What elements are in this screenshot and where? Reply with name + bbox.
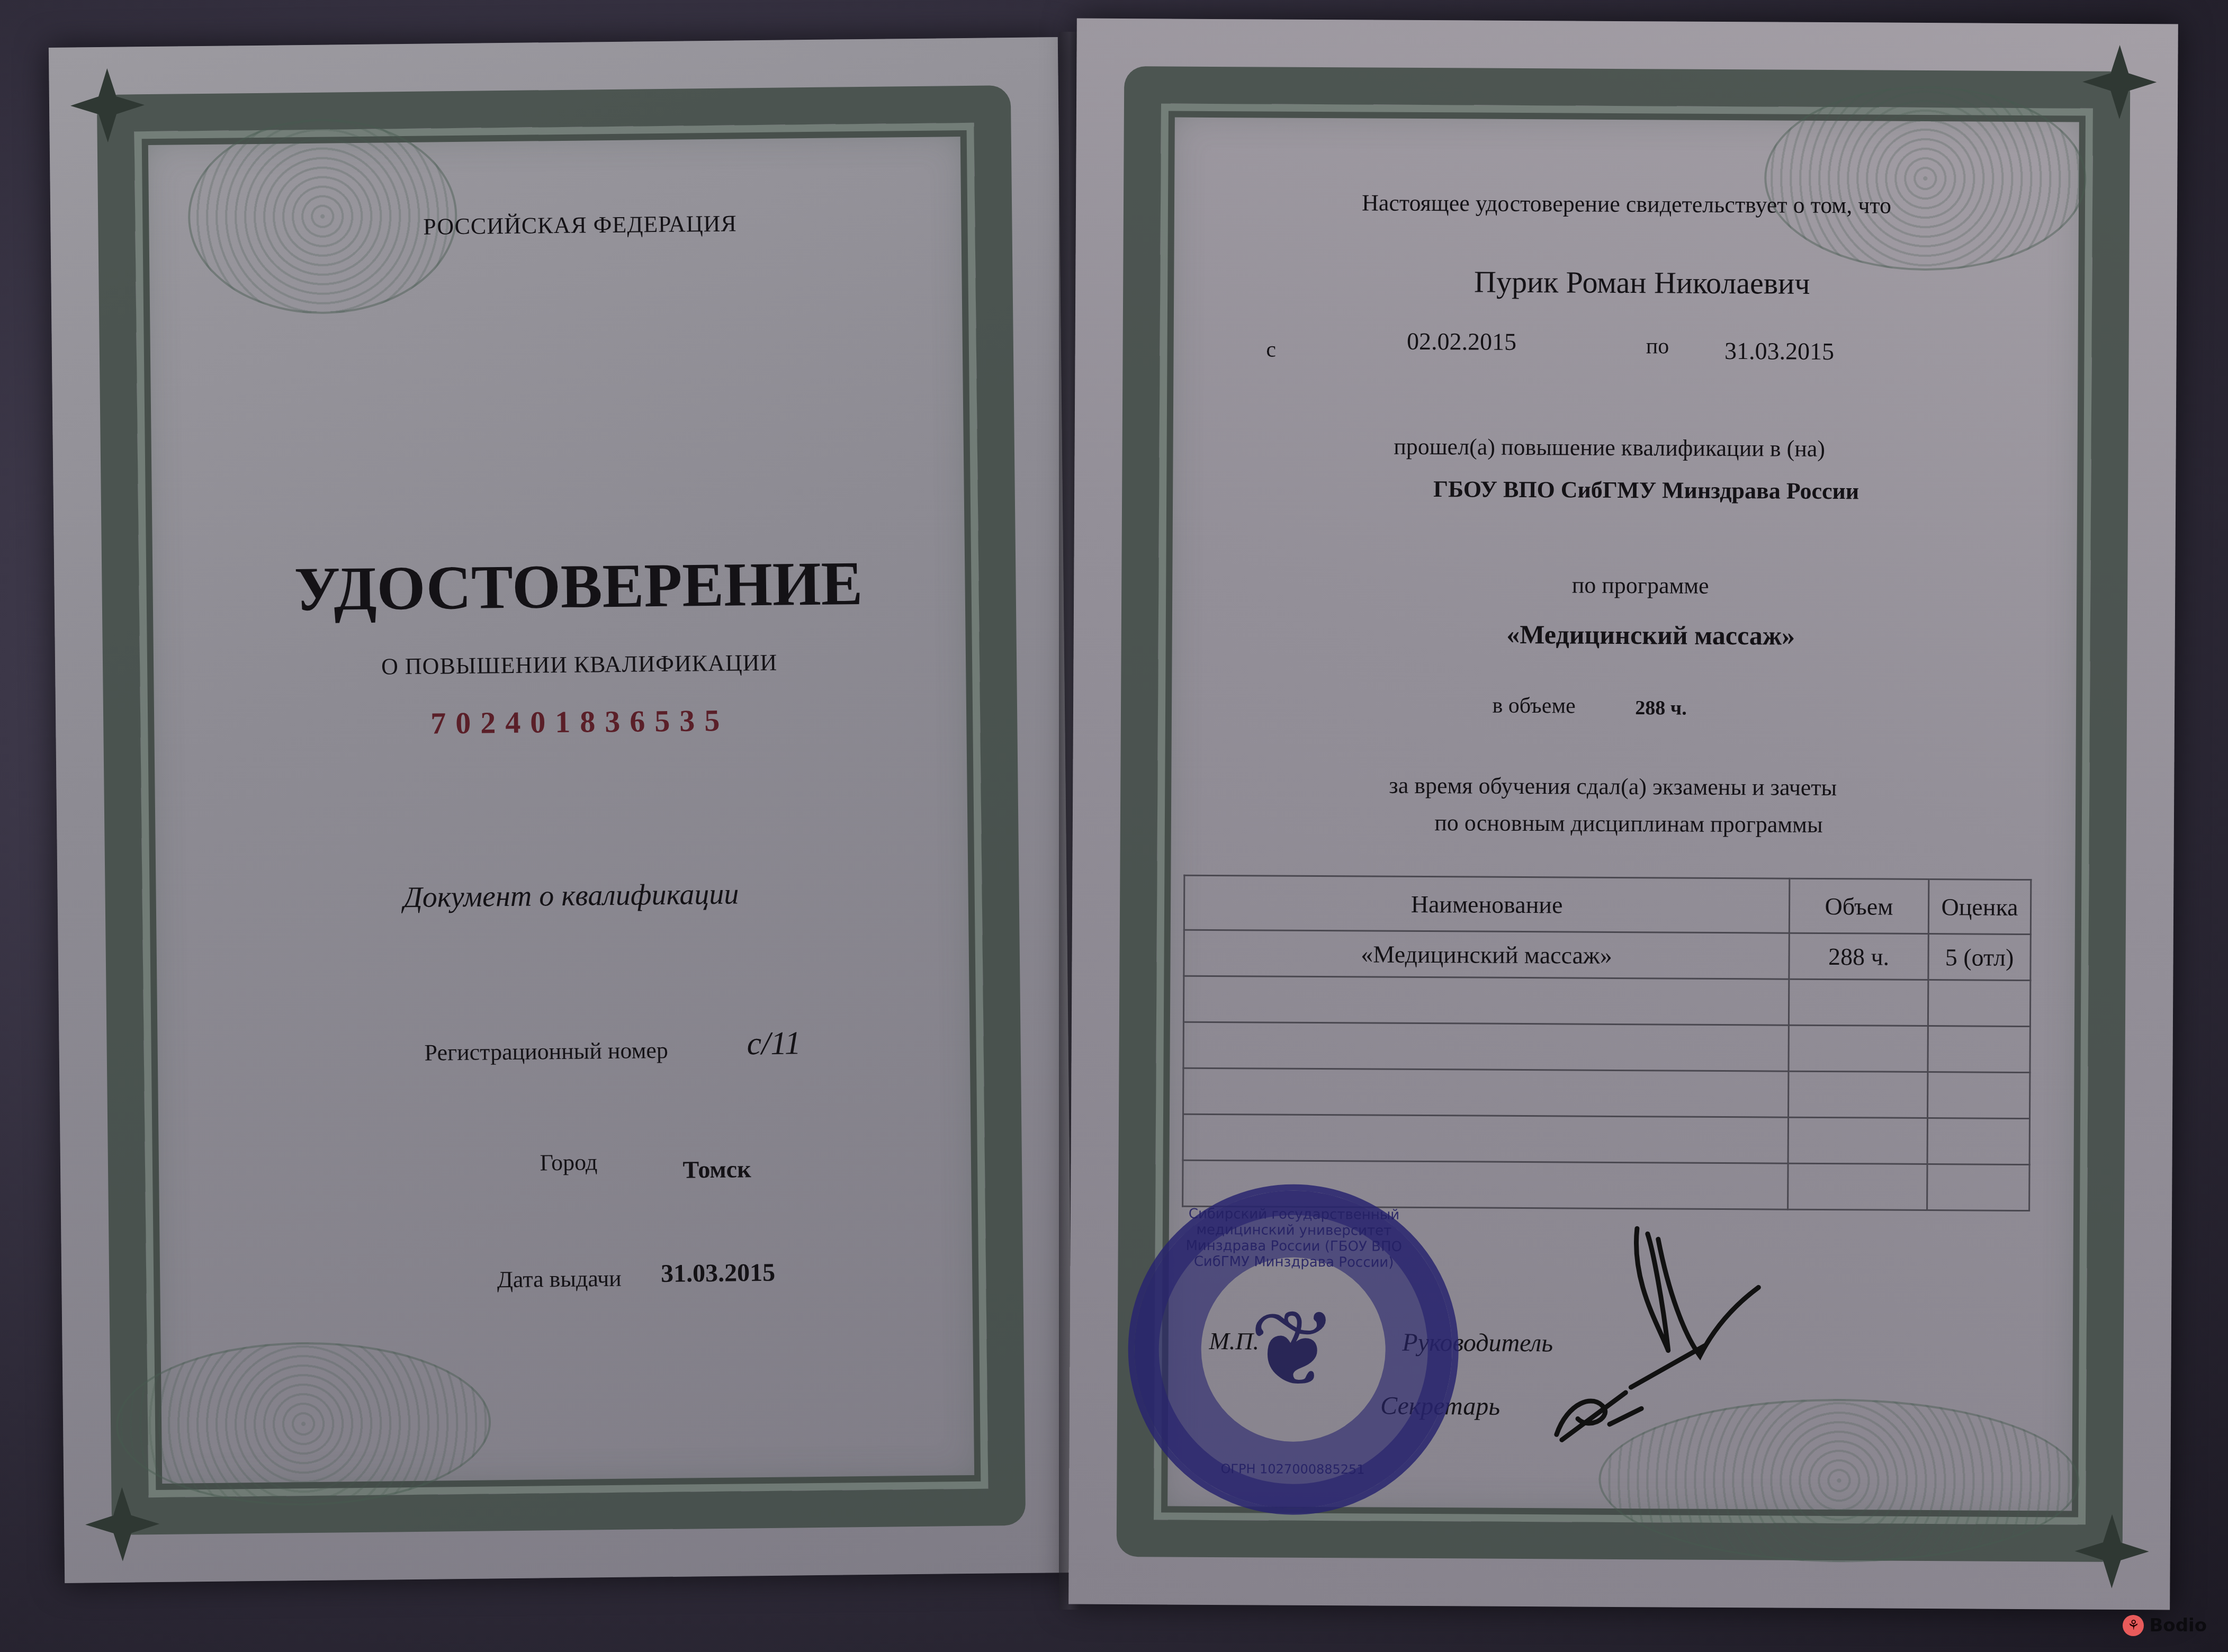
stamp-ogrn: ОГРН 1027000885251 (1220, 1461, 1364, 1477)
ornamental-border (97, 85, 1026, 1535)
program-name: «Медицинский массаж» (1506, 619, 1795, 651)
discipline-volume (1789, 1071, 1928, 1118)
discipline-volume (1788, 1163, 1927, 1210)
official-stamp: Сибирский государственный медицинский ун… (1127, 1183, 1459, 1515)
right-page: Настоящее удостоверение свидетельствует … (1068, 19, 2178, 1610)
program-label: по программе (1572, 571, 1709, 599)
city-value: Томск (682, 1155, 751, 1183)
holder-name: Пурик Роман Николаевич (1474, 264, 1810, 301)
volume-label: в объеме (1492, 693, 1575, 719)
column-header-grade: Оценка (1928, 879, 2031, 935)
discipline-name (1183, 976, 1789, 1025)
table-row (1183, 1022, 2030, 1072)
watermark-text: Bodio (2149, 1615, 2207, 1636)
discipline-volume: 288 ч. (1789, 933, 1928, 980)
serial-number: 702401836535 (430, 703, 730, 741)
volume-value: 288 ч. (1635, 696, 1687, 720)
discipline-name (1183, 1022, 1789, 1071)
grades-table: Наименование Объем Оценка «Медицинский м… (1182, 875, 2032, 1211)
certificate-intro: Настоящее удостоверение свидетельствует … (1362, 189, 1891, 219)
discipline-grade (1928, 1072, 2030, 1119)
passed-text: прошел(а) повышение квалификации в (на) (1394, 433, 1825, 462)
discipline-volume (1789, 979, 1928, 1026)
document-type: Документ о квалификации (403, 877, 739, 914)
exams-text-line2: по основным дисциплинам программы (1434, 809, 1823, 838)
document-title: УДОСТОВЕРЕНИЕ (294, 547, 863, 625)
to-date: 31.03.2015 (1724, 337, 1834, 365)
city-label: Город (540, 1148, 597, 1176)
stamp-ring-text: Сибирский государственный медицинский ун… (1166, 1206, 1421, 1271)
discipline-grade (1927, 1118, 2029, 1165)
column-header-name: Наименование (1184, 875, 1790, 933)
table-row (1183, 1114, 2029, 1164)
bodio-logo-icon: ⚘ (2123, 1615, 2144, 1636)
discipline-name (1183, 1068, 1789, 1117)
table-row (1183, 976, 2030, 1026)
column-header-volume: Объем (1789, 878, 1929, 933)
from-date: 02.02.2015 (1407, 327, 1516, 356)
discipline-volume (1789, 1025, 1928, 1072)
to-label: по (1646, 334, 1669, 359)
guilloche-pattern (1764, 85, 2087, 271)
double-headed-eagle-icon: ❦ (1248, 1288, 1338, 1412)
exams-text-line1: за время обучения сдал(а) экзамены и зач… (1389, 772, 1837, 801)
registration-label: Регистрационный номер (424, 1037, 668, 1066)
discipline-grade (1928, 980, 2030, 1027)
watermark: ⚘ Bodio (2123, 1615, 2207, 1636)
institution-name: ГБОУ ВПО СибГМУ Минздрава России (1433, 475, 1859, 505)
document-subtitle: О ПОВЫШЕНИИ КВАЛИФИКАЦИИ (381, 649, 777, 680)
country-name: РОССИЙСКАЯ ФЕДЕРАЦИЯ (423, 210, 737, 240)
issue-date-value: 31.03.2015 (661, 1258, 776, 1288)
discipline-grade (1928, 1026, 2030, 1073)
table-row: «Медицинский массаж» 288 ч. 5 (отл) (1184, 930, 2031, 980)
issue-date-label: Дата выдачи (497, 1265, 622, 1293)
table-header-row: Наименование Объем Оценка (1184, 875, 2031, 934)
discipline-grade: 5 (отл) (1928, 934, 2031, 981)
registration-value: с/11 (747, 1025, 801, 1063)
discipline-grade (1927, 1164, 2029, 1211)
table-row (1183, 1068, 2030, 1118)
discipline-name (1183, 1114, 1788, 1163)
secretary-signature-icon (1546, 1355, 1663, 1451)
left-page: РОССИЙСКАЯ ФЕДЕРАЦИЯ УДОСТОВЕРЕНИЕ О ПОВ… (49, 37, 1074, 1583)
discipline-volume (1788, 1117, 1927, 1164)
discipline-name: «Медицинский массаж» (1184, 930, 1789, 979)
from-label: с (1266, 337, 1276, 362)
